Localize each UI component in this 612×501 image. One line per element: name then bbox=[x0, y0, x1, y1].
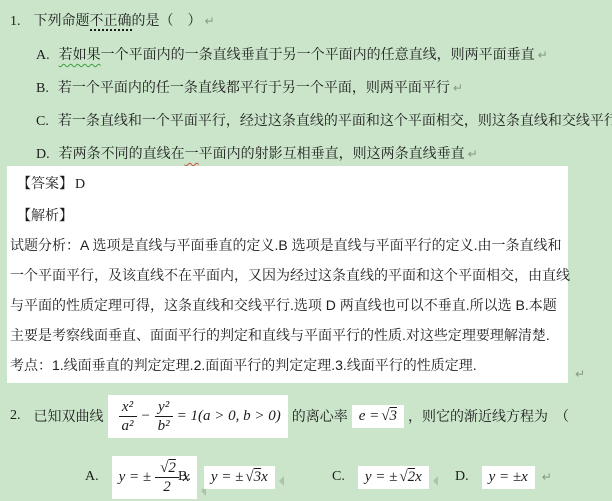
analysis-line-2: 一个平面平行，及该直线不在平面内，又因为经过这条直线的平面和这个平面相交，由直线 bbox=[7, 260, 568, 290]
q2-option-d: D. y = ±x ↵ bbox=[455, 458, 552, 496]
x-over-a-fraction: x²a² bbox=[119, 398, 137, 435]
q1-option-a-label: A. bbox=[36, 48, 50, 63]
analysis-line-5: 考点：1.线面垂直的判定定理.2.面面平行的判定定理.3.线面平行的性质定理. bbox=[7, 350, 568, 380]
question-2-stem: 2.已知双曲线 x²a² − y²b² = 1(a > 0, b > 0) 的离… bbox=[10, 391, 612, 441]
q2-option-c-label: C. bbox=[332, 469, 345, 485]
q2-lead-text: 已知双曲线 bbox=[34, 406, 104, 426]
q2-option-c-equation-object[interactable]: y = ±√2x bbox=[358, 466, 429, 489]
fraction-denominator: 2 bbox=[155, 478, 179, 496]
paragraph-mark-icon: ↵ bbox=[575, 367, 585, 381]
radicand: 3 bbox=[254, 469, 262, 486]
q2-option-d-label: D. bbox=[455, 469, 469, 485]
equation-prefix: y = ± bbox=[365, 469, 398, 486]
analysis-line-3: 与平面的性质定理可得，这条直线和交线平行.选项 D 两直线也可以不垂直.所以选 … bbox=[7, 290, 568, 320]
fraction-denominator: a² bbox=[119, 417, 137, 435]
q2-option-a-label: A. bbox=[85, 469, 99, 485]
q1-option-a: A.若如果一个平面内的一条直线垂直于另一个平面内的任意直线，则两平面垂直↵ bbox=[36, 44, 548, 64]
sqrt2-over-2-fraction: √22 bbox=[155, 459, 179, 496]
q1-stem-text-before: 下列命题 bbox=[34, 12, 90, 28]
radical-sign: √ bbox=[399, 469, 407, 486]
equation-rhs: = 1(a > 0, b > 0) bbox=[177, 408, 281, 425]
analysis-label-line: 【解析】 bbox=[7, 200, 568, 230]
equation-suffix: x bbox=[415, 469, 422, 486]
analysis-line-1: 试题分析：A 选项是直线与平面垂直的定义.B 选项是直线与平面平行的定义.由一条… bbox=[7, 230, 568, 260]
fraction-numerator: y² bbox=[155, 398, 173, 417]
fraction-numerator: √2 bbox=[155, 459, 179, 478]
q1-stem-emphasized-text: 不正确 bbox=[90, 12, 132, 31]
q2-option-c: C. y = ±√2x bbox=[332, 458, 433, 496]
formula-shadow-icon bbox=[274, 476, 284, 486]
question-2-number: 2. bbox=[10, 408, 21, 424]
question-1-stem: 1.下列命题不正确的是（ ）↵ bbox=[10, 10, 215, 30]
q2-option-b-label: B. bbox=[178, 469, 191, 485]
q1-option-c-text: 若一条直线和一个平面平行，经过这条直线的平面和这个平面相交，则这条直线和交线平行 bbox=[58, 112, 612, 128]
q1-stem-text-after: 的是（ ） bbox=[132, 12, 202, 28]
y-over-b-fraction: y²b² bbox=[155, 398, 173, 435]
eccentricity-lhs: e = bbox=[359, 408, 380, 425]
paragraph-mark-icon: ↵ bbox=[542, 470, 552, 484]
q1-option-a-wavy-text: 若如果 bbox=[59, 46, 101, 62]
q1-option-d: D.若两条不同的直线在一平面内的射影互相垂直，则这两条直线垂直↵ bbox=[36, 143, 478, 163]
q1-option-d-text-after: 平面内的射影互相垂直，则这两条直线垂直 bbox=[199, 145, 465, 161]
q2-mid-text: 的离心率 bbox=[292, 406, 348, 426]
fraction-numerator: x² bbox=[119, 398, 137, 417]
hyperbola-equation-object[interactable]: x²a² − y²b² = 1(a > 0, b > 0) bbox=[108, 395, 288, 438]
q1-option-d-text-before: 若两条不同的直线在 bbox=[59, 145, 185, 161]
eccentricity-equation-object[interactable]: e = √3 bbox=[352, 405, 404, 428]
answer-value: D bbox=[75, 177, 85, 192]
radicand: 2 bbox=[168, 460, 176, 476]
paragraph-mark-icon: ↵ bbox=[205, 14, 215, 28]
q2-option-b-equation-object[interactable]: y = ±√3x bbox=[204, 466, 275, 489]
question-1-number: 1. bbox=[10, 14, 21, 29]
paragraph-mark-icon: ↵ bbox=[453, 81, 463, 95]
radicand: 3 bbox=[390, 408, 398, 425]
equation-suffix: x bbox=[261, 469, 268, 486]
q1-option-b-label: B. bbox=[36, 81, 49, 96]
equation-text: y = ±x bbox=[489, 469, 528, 486]
answer-label: 【答案】 bbox=[17, 175, 73, 191]
q2-option-d-equation-object[interactable]: y = ±x bbox=[482, 466, 535, 489]
equation-prefix: y = ± bbox=[119, 469, 152, 486]
formula-shadow-icon bbox=[428, 476, 438, 486]
fraction-denominator: b² bbox=[155, 417, 173, 435]
minus-sign: − bbox=[141, 408, 151, 425]
equation-prefix: y = ± bbox=[211, 469, 244, 486]
radical-sign: √ bbox=[245, 469, 253, 486]
paragraph-mark-icon: ↵ bbox=[538, 48, 548, 62]
q1-option-d-label: D. bbox=[36, 147, 50, 162]
analysis-line-4: 主要是考察线面垂直、面面平行的判定和直线与平面平行的性质.对这些定理要理解清楚. bbox=[7, 320, 568, 350]
answer-analysis-panel: 【答案】D 【解析】 试题分析：A 选项是直线与平面垂直的定义.B 选项是直线与… bbox=[7, 166, 568, 383]
analysis-label: 【解析】 bbox=[17, 207, 73, 223]
q1-option-a-text: 一个平面内的一条直线垂直于另一个平面内的任意直线，则两平面垂直 bbox=[101, 46, 535, 62]
answer-line: 【答案】D bbox=[7, 168, 568, 200]
q1-option-d-wavy-text: 一 bbox=[185, 145, 199, 161]
q1-option-b-text: 若一个平面内的任一条直线都平行于另一个平面，则两平面平行 bbox=[58, 79, 450, 95]
q1-option-c-label: C. bbox=[36, 114, 49, 129]
q1-option-b: B.若一个平面内的任一条直线都平行于另一个平面，则两平面平行↵ bbox=[36, 77, 463, 97]
q2-tail-text: ，则它的渐近线方程为 （ ） bbox=[408, 406, 612, 426]
q2-option-b: B. y = ±√3x bbox=[178, 458, 279, 496]
radicand: 2 bbox=[408, 469, 416, 486]
paragraph-mark-icon: ↵ bbox=[468, 147, 478, 161]
radical-sign: √ bbox=[381, 408, 389, 425]
q1-option-c: C.若一条直线和一个平面平行，经过这条直线的平面和这个平面相交，则这条直线和交线… bbox=[36, 110, 612, 130]
